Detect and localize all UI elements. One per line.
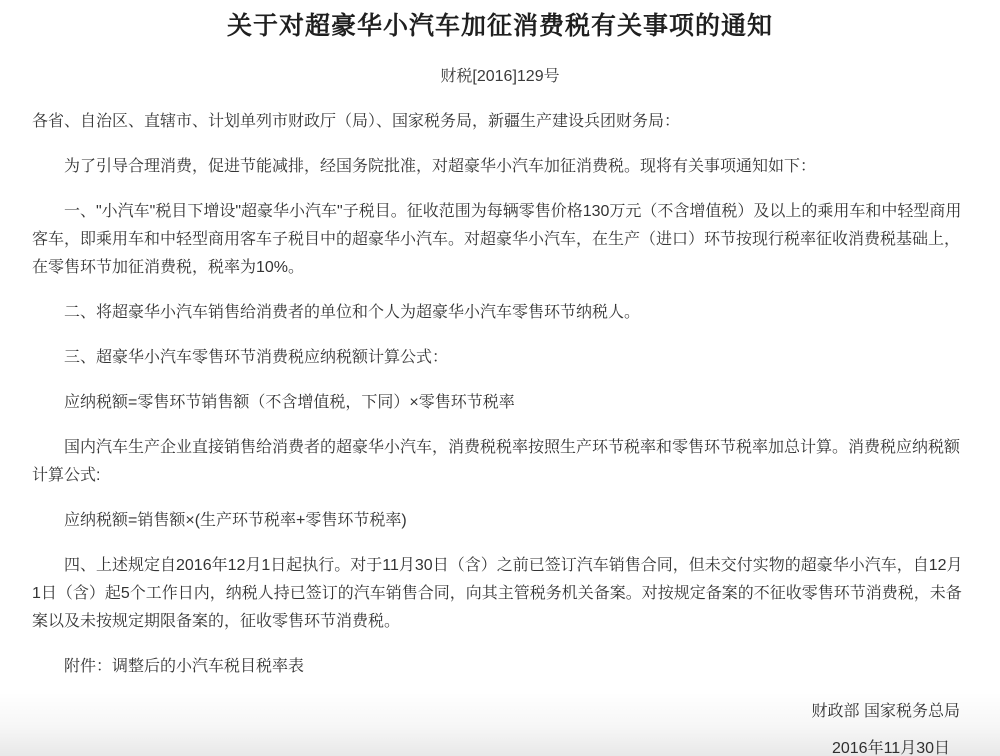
item-2-paragraph: 二、将超豪华小汽车销售给消费者的单位和个人为超豪华小汽车零售环节纳税人。	[32, 299, 968, 327]
salutation-line: 各省、自治区、直辖市、计划单列市财政厅（局）、国家税务局，新疆生产建设兵团财务局…	[32, 108, 968, 136]
issuer-signature: 财政部 国家税务总局	[32, 698, 960, 726]
item-1-paragraph: 一、"小汽车"税目下增设"超豪华小汽车"子税目。征收范围为每辆零售价格130万元…	[32, 198, 968, 282]
intro-paragraph: 为了引导合理消费，促进节能减排，经国务院批准，对超豪华小汽车加征消费税。现将有关…	[32, 153, 968, 181]
domestic-producer-paragraph: 国内汽车生产企业直接销售给消费者的超豪华小汽车，消费税税率按照生产环节税率和零售…	[32, 434, 968, 490]
formula-retail-tax: 应纳税额=零售环节销售额（不含增值税，下同）×零售环节税率	[32, 389, 968, 417]
formula-combined-tax: 应纳税额=销售额×(生产环节税率+零售环节税率)	[32, 507, 968, 535]
document-page: 关于对超豪华小汽车加征消费税有关事项的通知 财税[2016]129号 各省、自治…	[0, 0, 1000, 756]
item-4-paragraph: 四、上述规定自2016年12月1日起执行。对于11月30日（含）之前已签订汽车销…	[32, 552, 968, 636]
document-number: 财税[2016]129号	[32, 66, 968, 88]
item-3-paragraph: 三、超豪华小汽车零售环节消费税应纳税额计算公式：	[32, 344, 968, 372]
document-title: 关于对超豪华小汽车加征消费税有关事项的通知	[32, 12, 968, 42]
attachment-note: 附件：调整后的小汽车税目税率表	[32, 653, 968, 681]
issue-date: 2016年11月30日	[32, 735, 950, 756]
